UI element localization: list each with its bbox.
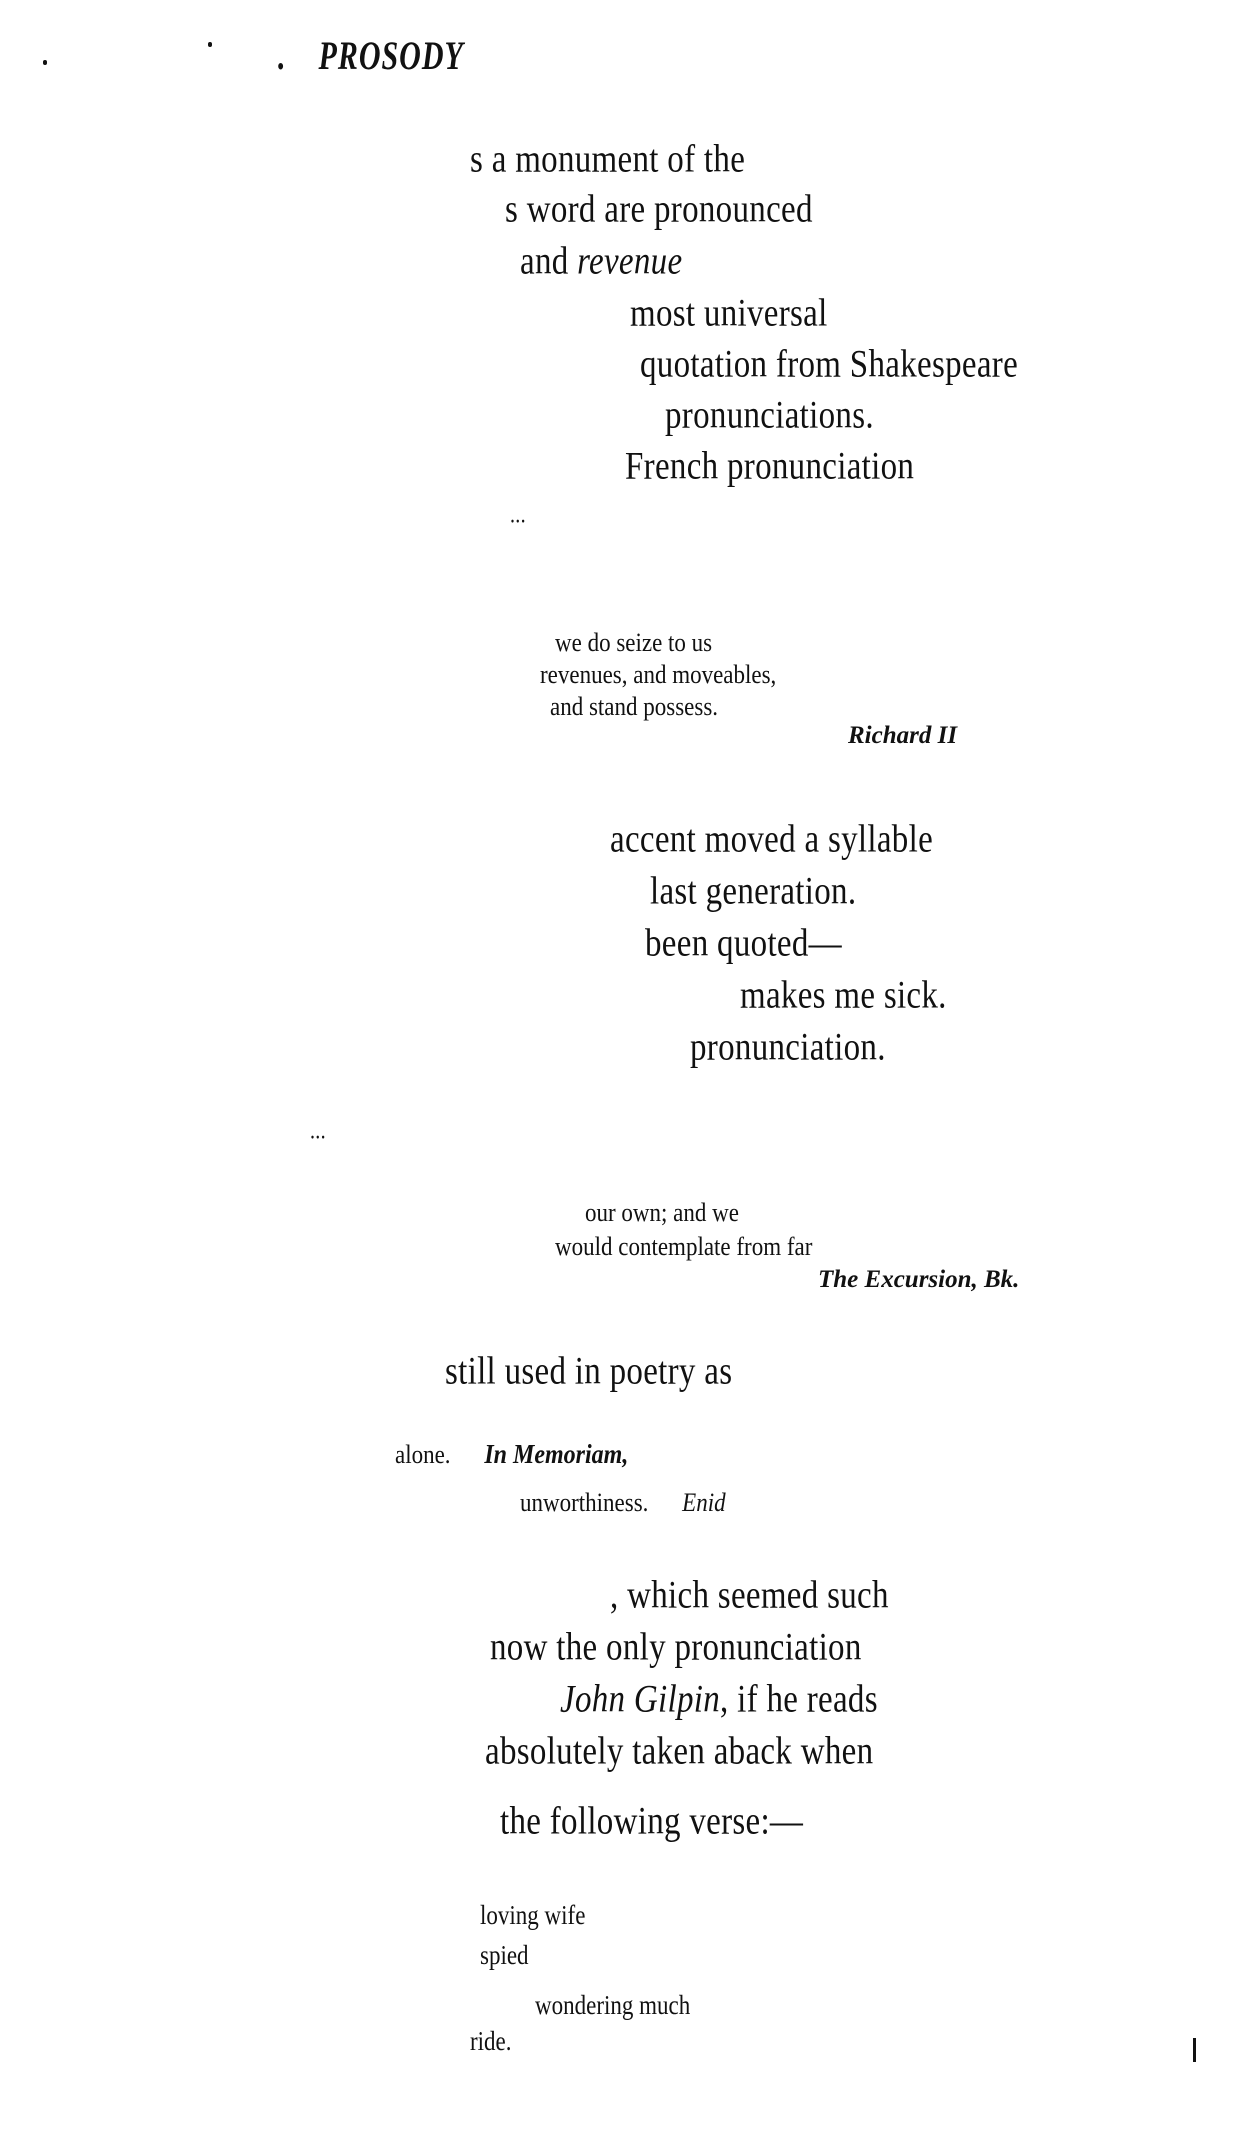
paragraph-2-line-4: makes me sick. xyxy=(740,974,947,1018)
quote-3-source-1: In Memoriam, xyxy=(484,1440,628,1470)
paragraph-2-line-1: accent moved a syllable xyxy=(610,818,933,862)
quote-1-line-3: and stand possess. xyxy=(550,692,718,722)
paragraph-1-line-1: s a monument of the xyxy=(470,138,745,182)
paragraph-1-line-4: most universal xyxy=(630,292,828,336)
paragraph-2-line-3: been quoted— xyxy=(645,922,842,966)
paragraph-4-line-2: now the only pronunciation xyxy=(490,1626,862,1670)
paragraph-1-line-3: and revenue xyxy=(520,240,682,284)
quote-3-line-2: unworthiness. Enid xyxy=(520,1488,726,1518)
quote-3-line-1: alone. In Memoriam, xyxy=(395,1440,628,1471)
verse-line-3: wondering much xyxy=(535,1990,690,2021)
paragraph-2-line-6: ... xyxy=(310,1118,326,1146)
verse-line-4: ride. xyxy=(470,2026,512,2057)
quote-1-source: Richard II xyxy=(848,722,957,750)
paragraph-2-line-2: last generation. xyxy=(650,870,856,914)
quote-2-line-2: would contemplate from far xyxy=(555,1232,812,1262)
quote-1-line-1: we do seize to us xyxy=(555,628,712,658)
quote-3-source-2: Enid xyxy=(682,1488,725,1517)
paragraph-1-line-2: s word are pronounced xyxy=(505,188,813,232)
quote-2-line-1: our own; and we xyxy=(585,1198,739,1228)
running-header: ​. PROSODY xyxy=(278,34,464,80)
paragraph-3-line-1: still used in poetry as xyxy=(445,1350,732,1394)
scan-speck xyxy=(208,42,212,47)
paragraph-1-line-7: French pronunciation xyxy=(625,445,914,489)
paragraph-4-line-1: , which seemed such xyxy=(610,1574,889,1618)
paragraph-2-line-5: pronunciation. xyxy=(690,1026,886,1070)
paragraph-4-line-4: absolutely taken aback when xyxy=(485,1730,873,1774)
paragraph-1-line-8: ... xyxy=(510,502,526,530)
scan-speck xyxy=(43,60,47,65)
paragraph-1-line-5: quotation from Shakespeare xyxy=(640,343,1018,387)
verse-line-1: loving wife xyxy=(480,1900,585,1931)
paragraph-4-line-3: John Gilpin, if he reads xyxy=(560,1678,878,1722)
quote-1-line-2: revenues, and moveables, xyxy=(540,660,776,690)
paragraph-4-line-5: the following verse:— xyxy=(500,1800,803,1844)
verse-line-2: spied xyxy=(480,1940,529,1971)
paragraph-1-line-6: pronunciations. xyxy=(665,394,874,438)
quote-2-source: The Excursion, Bk. xyxy=(818,1266,1019,1294)
scan-edge-mark xyxy=(1193,2038,1196,2062)
